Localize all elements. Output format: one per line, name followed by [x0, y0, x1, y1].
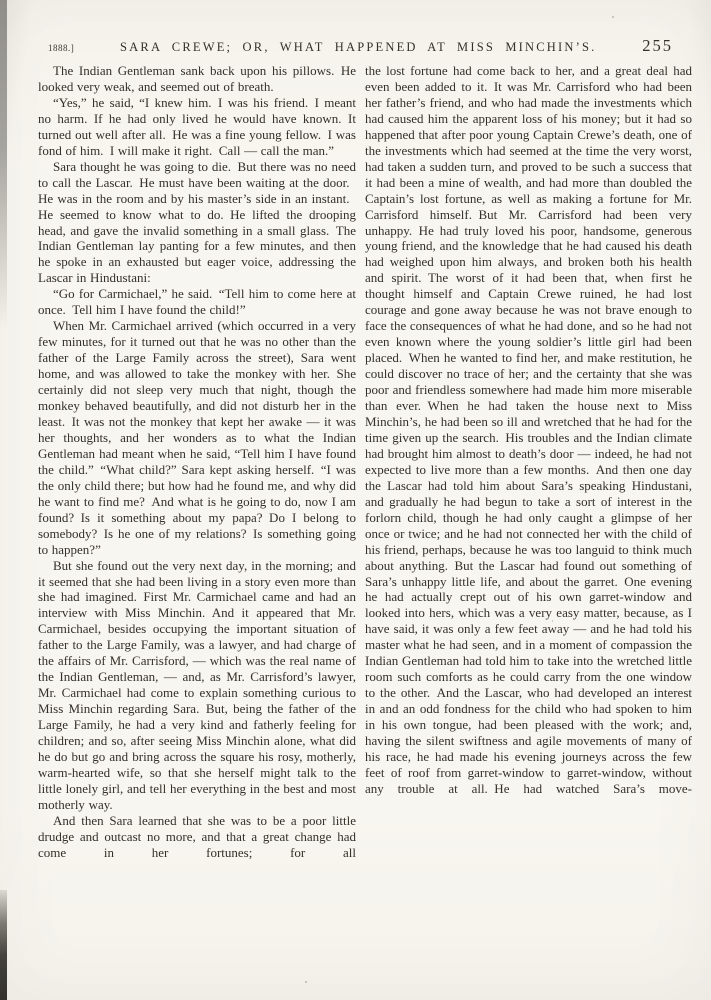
scan-edge-artifact-bottom: [0, 890, 7, 1000]
scan-edge-artifact-top: [0, 0, 7, 330]
text-column-right: the lost fortune had come back to her, a…: [365, 63, 692, 861]
scan-speck: [612, 16, 614, 18]
running-header: 1888.] SARA CREWE; OR, WHAT HAPPENED AT …: [48, 36, 673, 56]
book-page: 1888.] SARA CREWE; OR, WHAT HAPPENED AT …: [0, 0, 711, 1000]
paragraph: When Mr. Carmichael arrived (which occur…: [38, 318, 356, 557]
header-year: 1888.]: [48, 43, 74, 53]
text-column-left: The Indian Gentleman sank back upon his …: [38, 63, 356, 861]
paragraph: “Yes,” he said, “I knew him. I was his f…: [38, 95, 356, 159]
paragraph: The Indian Gentleman sank back upon his …: [38, 63, 356, 95]
paragraph: But she found out the very next day, in …: [38, 558, 356, 813]
header-page-number: 255: [642, 36, 673, 56]
paragraph: And then Sara learned that she was to be…: [38, 813, 356, 861]
paragraph: “Go for Carmichael,” he said. “Tell him …: [38, 286, 356, 318]
scan-speck: [305, 981, 307, 983]
paragraph: the lost fortune had come back to her, a…: [365, 63, 692, 797]
header-title: SARA CREWE; OR, WHAT HAPPENED AT MISS MI…: [74, 40, 642, 55]
paragraph: Sara thought he was going to die. But th…: [38, 159, 356, 287]
page-body: The Indian Gentleman sank back upon his …: [38, 63, 692, 861]
